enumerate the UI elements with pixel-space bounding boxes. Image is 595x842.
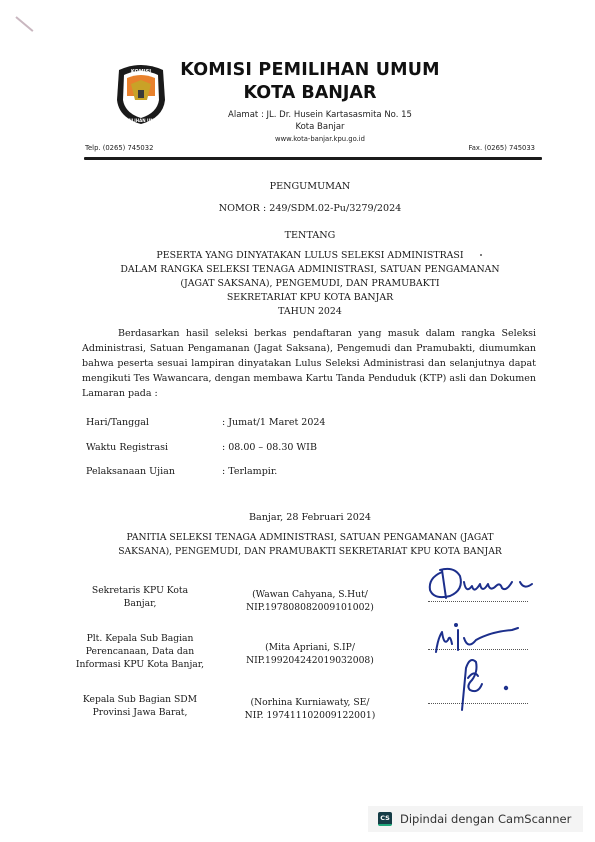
name-line: (Mita Apriani, S.IP/ [230, 641, 390, 654]
camscanner-watermark: CS Dipindai dengan CamScanner [368, 806, 583, 832]
role-line: Sekretaris KPU Kota [70, 584, 210, 597]
name-line: (Norhina Kurniawaty, SE/ [230, 696, 390, 709]
letterhead-divider [84, 157, 542, 160]
title-line: DALAM RANGKA SELEKSI TENAGA ADMINISTRASI… [80, 263, 540, 277]
watermark-label: Dipindai dengan CamScanner [400, 812, 571, 826]
kpu-logo-icon: KOMISI PEMILIHAN UMUM [113, 60, 169, 126]
nip-line: NIP.199204242019032008) [230, 654, 390, 667]
org-address: Alamat : JL. Dr. Husein Kartasasmita No.… [200, 109, 440, 145]
committee-line: SAKSANA), PENGEMUDI, DAN PRAMUBAKTI SEKR… [80, 545, 540, 559]
title-line: SEKRETARIAT KPU KOTA BANJAR [80, 291, 540, 305]
role-line: Perencanaan, Data dan [70, 645, 210, 658]
title-line: (JAGAT SAKSANA), PENGEMUDI, DAN PRAMUBAK… [80, 277, 540, 291]
detail-label: Waktu Registrasi [86, 442, 168, 453]
title-line: PESERTA YANG DINYATAKAN LULUS SELEKSI AD… [80, 249, 540, 263]
org-city: KOTA BANJAR [180, 83, 440, 103]
body-paragraph: Berdasarkan hasil seleksi berkas pendaft… [82, 326, 536, 401]
name-line: (Wawan Cahyana, S.Hut/ [230, 588, 390, 601]
title-line: TAHUN 2024 [80, 305, 540, 319]
detail-row-date: Hari/Tanggal : Jumat/1 Maret 2024 [86, 417, 149, 428]
document-about: TENTANG [80, 230, 540, 241]
handwritten-signatures-icon [420, 560, 550, 720]
role-line: Provinsi Jawa Barat, [70, 706, 210, 719]
address-city: Kota Banjar [200, 121, 440, 133]
scan-scratch-mark [15, 16, 33, 32]
detail-value: : Terlampir. [222, 466, 277, 477]
place-date: Banjar, 28 Februari 2024 [80, 512, 540, 523]
address-line: Alamat : JL. Dr. Husein Kartasasmita No.… [200, 109, 440, 121]
role-line: Kepala Sub Bagian SDM [70, 693, 210, 706]
detail-row-registration: Waktu Registrasi : 08.00 – 08.30 WIB [86, 442, 168, 453]
committee-name: PANITIA SELEKSI TENAGA ADMINISTRASI, SAT… [80, 531, 540, 559]
role-line: Plt. Kepala Sub Bagian [70, 632, 210, 645]
svg-text:KOMISI: KOMISI [131, 69, 151, 75]
role-line: Banjar, [70, 597, 210, 610]
nip-line: NIP. 197411102009122001) [230, 709, 390, 722]
detail-label: Hari/Tanggal [86, 417, 149, 428]
org-name: KOMISI PEMILIHAN UMUM [180, 60, 440, 80]
website-link[interactable]: www.kota-banjar.kpu.go.id [200, 133, 440, 145]
document-type: PENGUMUMAN [80, 181, 540, 192]
telephone: Telp. (0265) 745032 [85, 144, 153, 152]
detail-label: Pelaksanaan Ujian [86, 466, 175, 477]
svg-text:PEMILIHAN UMUM: PEMILIHAN UMUM [121, 118, 162, 123]
nip-line: NIP.197808082009101002) [230, 601, 390, 614]
signatory-role: Sekretaris KPU Kota Banjar, [70, 584, 210, 610]
detail-value: : 08.00 – 08.30 WIB [222, 442, 317, 453]
document-title: PESERTA YANG DINYATAKAN LULUS SELEKSI AD… [80, 249, 540, 319]
signatory-name: (Norhina Kurniawaty, SE/ NIP. 1974111020… [230, 696, 390, 722]
committee-line: PANITIA SELEKSI TENAGA ADMINISTRASI, SAT… [80, 531, 540, 545]
detail-row-exam: Pelaksanaan Ujian : Terlampir. [86, 466, 175, 477]
document-number: NOMOR : 249/SDM.02-Pu/3279/2024 [80, 203, 540, 214]
scan-speck [480, 254, 482, 256]
signatory-name: (Wawan Cahyana, S.Hut/ NIP.1978080820091… [230, 588, 390, 614]
signatory-name: (Mita Apriani, S.IP/ NIP.199204242019032… [230, 641, 390, 667]
signatory-role: Kepala Sub Bagian SDM Provinsi Jawa Bara… [70, 693, 210, 719]
signatory-role: Plt. Kepala Sub Bagian Perencanaan, Data… [70, 632, 210, 671]
detail-value: : Jumat/1 Maret 2024 [222, 417, 325, 428]
role-line: Informasi KPU Kota Banjar, [70, 658, 210, 671]
fax: Fax. (0265) 745033 [468, 144, 535, 152]
camscanner-icon: CS [378, 812, 392, 826]
